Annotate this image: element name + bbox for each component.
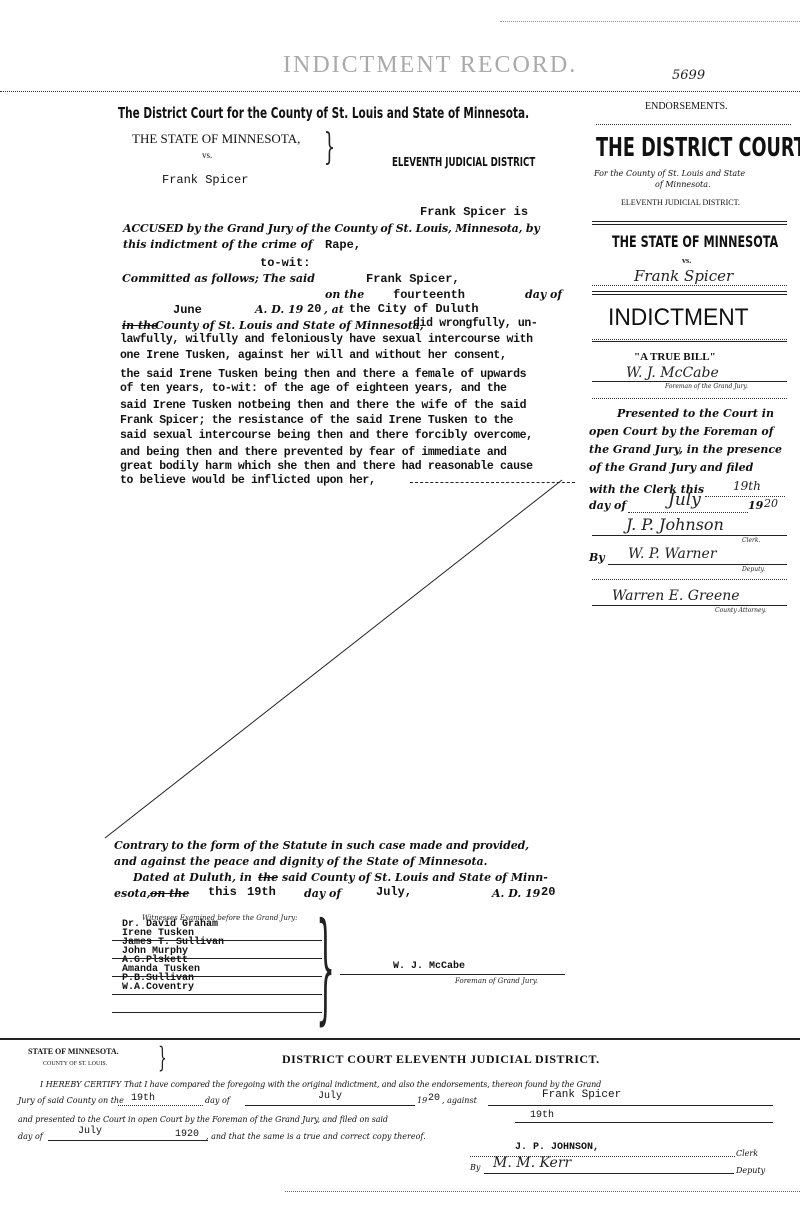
dated-line-1b: said County of St. Louis and State of Mi…: [282, 871, 548, 884]
cert-defendant: Frank Spicer: [542, 1089, 621, 1101]
cert-deputy-signature: M. M. Kerr: [493, 1155, 571, 1171]
header-rule: [0, 91, 800, 92]
contrary-line-2: and against the peace and dignity of the…: [114, 855, 488, 868]
dated-year: 20: [541, 885, 555, 899]
deputy-caption: Deputy.: [742, 566, 765, 573]
plaintiff: THE STATE OF MINNESOTA,: [132, 131, 300, 147]
charge-line: to believe would be inflicted upon her,: [120, 474, 376, 487]
county-strike: in the: [122, 319, 158, 332]
endorse-court: THE DISTRICT COURT,: [596, 133, 800, 163]
committed-prefix: Committed as follows; The said: [122, 272, 315, 285]
dated-line-1a: Dated at Duluth, in: [133, 871, 252, 884]
presented-line: the Grand Jury, in the presence: [589, 443, 782, 456]
city: the City of Duluth: [349, 302, 479, 316]
dated-ad: A. D. 19: [492, 887, 540, 900]
endorsements-heading: ENDORSEMENTS.: [645, 101, 728, 112]
accused-line-2: this indictment of the crime of: [123, 238, 313, 251]
foreman-caption: Foreman of Grand Jury.: [455, 977, 538, 985]
charge-line: Frank Spicer; the resistance of the said…: [120, 414, 513, 427]
endorse-defendant-signature: Frank Spicer: [634, 267, 733, 285]
court-heading: The District Court for the County of St.…: [118, 104, 529, 122]
cert-deputy-caption: Deputy: [736, 1166, 765, 1175]
cert-rule: [488, 1105, 773, 1106]
charge-line: and being then and there prevented by fe…: [120, 446, 507, 459]
endorse-county-2: of Minnesota.: [655, 180, 711, 189]
cert-filed-year: 1920: [175, 1129, 199, 1140]
witness-brace: }: [316, 908, 335, 1028]
endorse-rule: [592, 535, 787, 536]
at-the: , at: [324, 303, 344, 316]
endorse-rule: [592, 291, 787, 295]
endorse-versus: vs.: [682, 256, 691, 265]
charge-line: did wrongfully, un-: [413, 317, 537, 330]
charge-line: great bodily harm which she then and the…: [120, 460, 533, 473]
foreman-name: W. J. McCabe: [393, 961, 465, 972]
witness-rule: [112, 940, 322, 941]
on-the: on the: [325, 288, 364, 301]
versus: vs.: [202, 150, 212, 160]
cert-rule: [118, 1105, 203, 1106]
cert-county: COUNTY OF ST. LOUIS.: [43, 1061, 107, 1067]
accused-name: Frank Spicer is: [420, 205, 528, 219]
cert-day: 19th: [131, 1093, 155, 1104]
top-rule: [500, 21, 800, 22]
cert-certify-prefix: I HEREBY CERTIFY: [40, 1080, 121, 1089]
cert-certify-text: That I have compared the foregoing with …: [124, 1080, 601, 1089]
witness-rule: [112, 976, 322, 977]
cert-filed-day: 19th: [530, 1110, 554, 1121]
endorse-rule: [592, 221, 787, 225]
endorse-rule: [592, 579, 787, 580]
cert-rule: [48, 1140, 208, 1141]
cert-clerk-name: J. P. JOHNSON,: [515, 1142, 599, 1153]
dated-line-2-strike: on the: [150, 887, 189, 900]
cert-brace: }: [158, 1044, 167, 1072]
witness-name: W.A.Coventry: [122, 983, 194, 993]
charge-line: lawfully, wilfully and feloniously have …: [120, 333, 533, 346]
record-title: INDICTMENT RECORD.: [283, 52, 577, 79]
cert-heading: DISTRICT COURT ELEVENTH JUDICIAL DISTRIC…: [282, 1052, 600, 1067]
accused-line-1: ACCUSED by the Grand Jury of the County …: [123, 222, 540, 235]
cert-rule: [515, 1122, 773, 1123]
cert-year: 20: [428, 1093, 440, 1104]
cert-by-label: By: [470, 1163, 480, 1172]
charge-line: of ten years, to-wit: of the age of eigh…: [120, 382, 507, 395]
endorse-rule: [592, 341, 787, 342]
filed-day: 19th: [733, 479, 761, 493]
endorse-rule: [628, 512, 748, 513]
cert-month: July: [318, 1091, 342, 1102]
cert-rule: [484, 1173, 734, 1174]
presented-line: of the Grand Jury and filed: [589, 461, 753, 474]
endorse-rule: [592, 605, 787, 606]
witness-rule: [112, 994, 322, 995]
ad-prefix: A. D. 19: [255, 303, 303, 316]
endorse-rule: [608, 564, 787, 565]
foreman-caption-right: Foreman of the Grand Jury.: [665, 383, 748, 390]
filed-day-of: day of: [589, 499, 626, 512]
cert-rule: [245, 1105, 415, 1106]
dated-day: 19th: [247, 885, 276, 899]
cert-against: , against: [442, 1096, 477, 1105]
clerk-caption: Clerk.: [742, 537, 760, 544]
charge-line: one Irene Tusken, against her will and w…: [120, 349, 507, 362]
day-of: day of: [525, 288, 562, 301]
endorse-rule: [592, 381, 787, 382]
charge-end-rule: [410, 482, 575, 483]
charge-line: said sexual intercourse being then and t…: [120, 429, 533, 442]
to-wit: to-wit:: [260, 256, 310, 270]
foreman-signature: W. J. McCabe: [626, 365, 719, 381]
endorse-state: THE STATE OF MINNESOTA: [612, 232, 778, 251]
cert-state: STATE OF MINNESOTA.: [28, 1047, 119, 1056]
filed-month: July: [668, 490, 701, 510]
foreman-rule: [340, 974, 565, 975]
contrary-line-1: Contrary to the form of the Statute in s…: [114, 839, 529, 852]
witness-rule: [112, 1012, 322, 1013]
cert-filed-month: July: [78, 1126, 102, 1137]
cert-line4-day-of: day of: [18, 1132, 43, 1141]
endorse-rule: [592, 339, 787, 340]
deputy-signature: W. P. Warner: [628, 546, 717, 562]
endorse-rule: [592, 285, 787, 286]
by-label: By: [589, 551, 605, 564]
caption-brace: }: [324, 130, 335, 166]
endorse-doc-type: INDICTMENT: [608, 304, 749, 332]
defendant-name: Frank Spicer: [162, 173, 248, 187]
dated-line-1-strike: the: [258, 871, 278, 884]
district-label: ELEVENTH JUDICIAL DISTRICT: [392, 155, 535, 169]
county-line: County of St. Louis and State of Minneso…: [155, 319, 424, 332]
day-ordinal: fourteenth: [393, 288, 465, 302]
endorse-rule: [592, 398, 787, 399]
cert-line4-tail: , and that the same is a true and correc…: [206, 1132, 426, 1141]
clerk-signature: J. P. Johnson: [626, 515, 724, 534]
true-bill: "A TRUE BILL": [634, 351, 716, 363]
presented-line: open Court by the Foreman of: [589, 425, 773, 438]
endorse-rule: [596, 124, 791, 125]
charge-line: the said Irene Tusken being then and the…: [120, 368, 526, 381]
charge-line: said Irene Tusken notbeing then and ther…: [120, 399, 526, 412]
endorse-county-1: For the County of St. Louis and State: [594, 169, 745, 178]
year: 20: [307, 302, 321, 316]
dated-month: July,: [376, 885, 412, 899]
month: June: [173, 303, 202, 317]
attorney-signature: Warren E. Greene: [612, 588, 740, 604]
bottom-rule: [285, 1191, 800, 1192]
cert-line2: Jury of said County on the: [18, 1096, 124, 1105]
dated-this: this: [208, 885, 237, 899]
crime: Rape,: [325, 238, 361, 252]
cert-year-prefix: 19: [417, 1096, 427, 1105]
endorse-district: ELEVENTH JUDICIAL DISTRICT.: [621, 198, 740, 207]
witness-rule: [112, 958, 322, 959]
committed-name: Frank Spicer,: [366, 272, 460, 286]
dated-line-2a: esota,: [114, 887, 151, 900]
cert-line3: and presented to the Court in open Court…: [18, 1115, 388, 1124]
filed-year: 20: [764, 497, 778, 510]
filed-year-prefix: 19: [748, 499, 763, 512]
cert-day-of: day of: [205, 1096, 230, 1105]
presented-line: Presented to the Court in: [617, 407, 774, 420]
cert-clerk-caption: Clerk: [736, 1149, 758, 1158]
certificate-top-rule: [0, 1038, 800, 1040]
attorney-caption: County Attorney.: [715, 607, 766, 614]
file-number: 5699: [672, 68, 705, 83]
